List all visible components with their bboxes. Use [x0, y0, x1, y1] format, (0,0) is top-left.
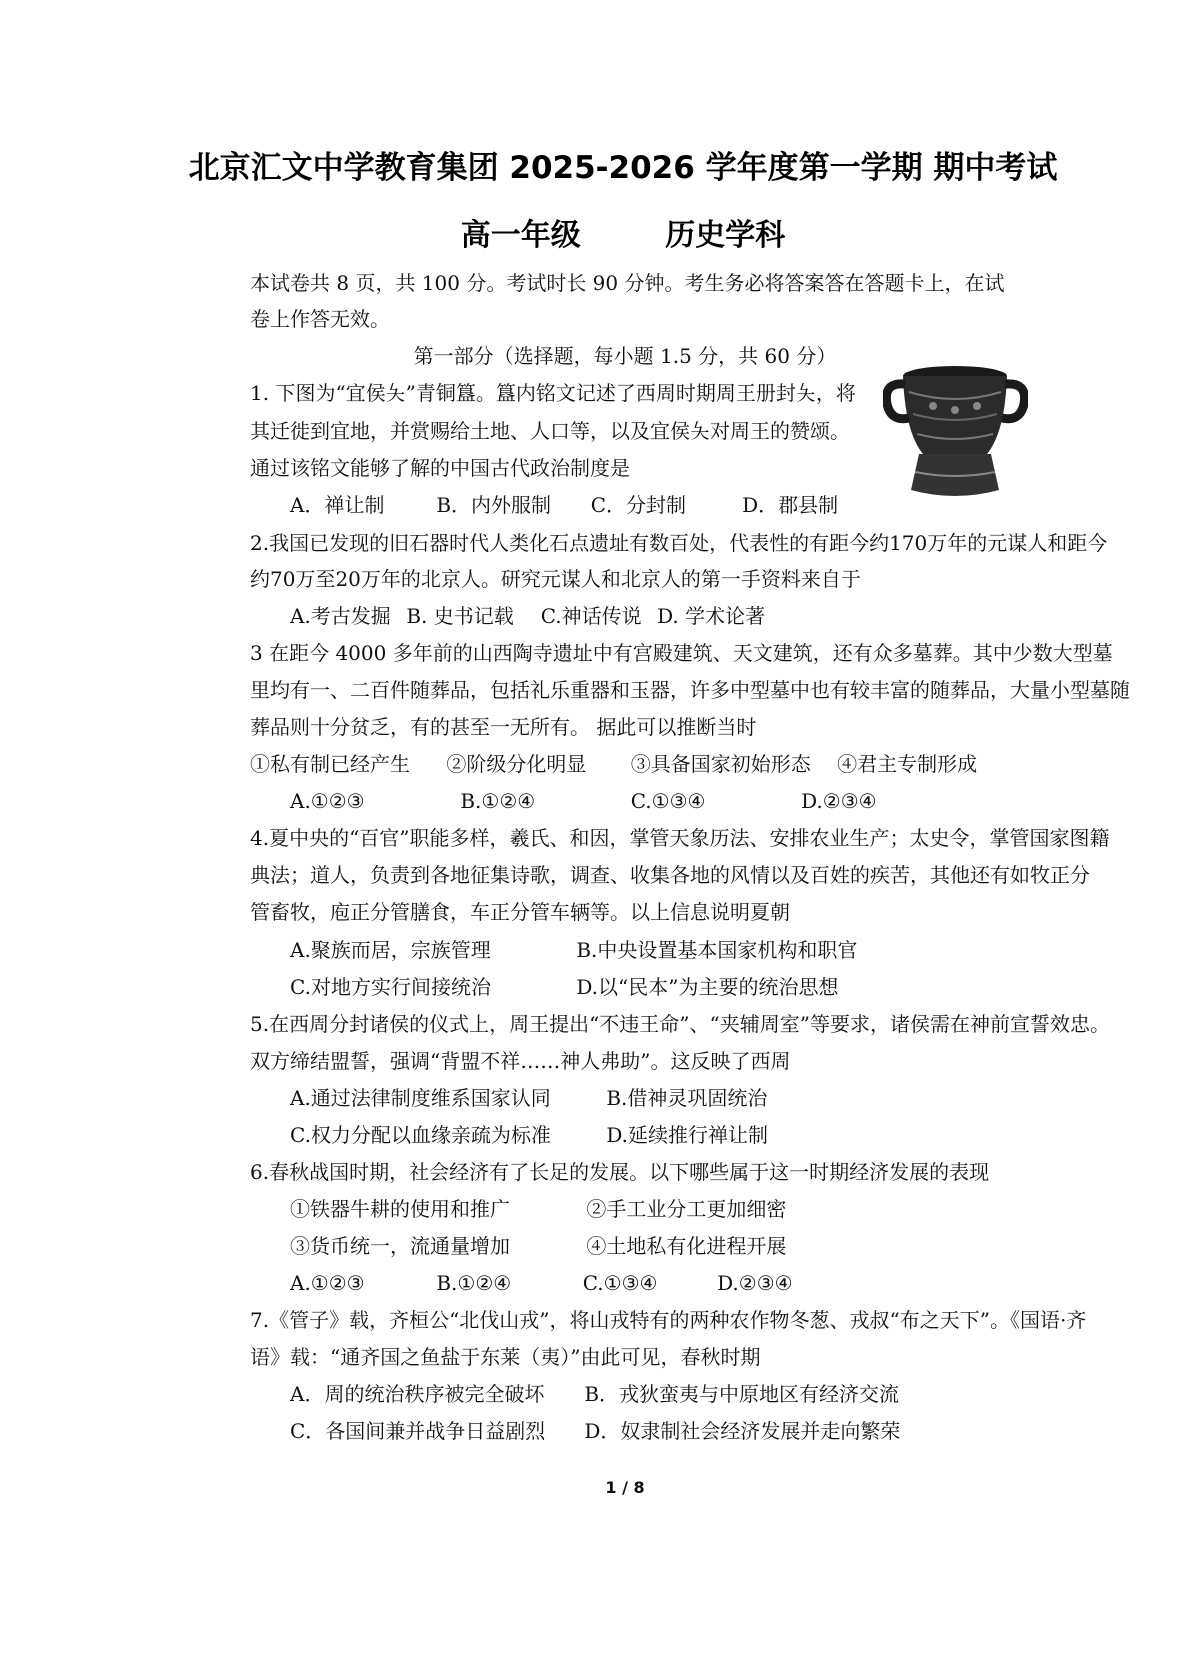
question-statements: ③货币统一，流通量增加 ④土地私有化进程开展	[290, 1233, 786, 1259]
question-stem-line: 6.春秋战国时期，社会经济有了长足的发展。以下哪些属于这一时期经济发展的表现	[250, 1159, 989, 1185]
question-stem-line: 约70万至20万年的北京人。研究元谋人和北京人的第一手资料来自于	[250, 566, 861, 592]
instructions-line-1: 本试卷共 8 页，共 100 分。考试时长 90 分钟。考生务必将答案答在答题卡…	[250, 270, 1005, 296]
question-options: A.聚族而居，宗族管理 B.中央设置基本国家机构和职官	[290, 937, 857, 963]
option-c[interactable]: C．各国间兼并战争日益剧烈	[290, 1418, 578, 1444]
question-stem-line: 葬品则十分贫乏，有的甚至一无所有。 据此可以推断当时	[250, 714, 756, 740]
exam-page: 北京汇文中学教育集团 2025-2026 学年度第一学期 期中考试 高一年级 历…	[0, 0, 1190, 1678]
option-b[interactable]: B．内外服制	[436, 492, 584, 518]
option-b[interactable]: B.①②④	[460, 788, 624, 814]
question-options: C．各国间兼并战争日益剧烈 D．奴隶制社会经济发展并走向繁荣	[290, 1418, 900, 1444]
grade-label: 高一年级	[461, 218, 581, 253]
option-c[interactable]: C.对地方实行间接统治	[290, 974, 570, 1000]
question-options: C.权力分配以血缘亲疏为标准 D.延续推行禅让制	[290, 1122, 768, 1148]
option-b[interactable]: B.借神灵巩固统治	[606, 1085, 767, 1111]
question-stem-line: 管畜牧，庖正分管膳食，车正分管车辆等。以上信息说明夏朝	[250, 899, 790, 925]
statement-3: ③货币统一，流通量增加	[290, 1233, 580, 1259]
option-d[interactable]: D.②③④	[717, 1270, 792, 1296]
question-options: A.①②③ B.①②④ C.①③④ D.②③④	[290, 788, 877, 814]
option-c[interactable]: C.①③④	[583, 1270, 711, 1296]
option-d[interactable]: D.延续推行禅让制	[606, 1122, 768, 1148]
option-a[interactable]: A.①②③	[290, 1270, 430, 1296]
option-a[interactable]: A．周的统治秩序被完全破坏	[290, 1381, 578, 1407]
option-d[interactable]: D.以“民本”为主要的统治思想	[576, 974, 838, 1000]
page-number: 1 / 8	[0, 1478, 1190, 1497]
option-b[interactable]: B.中央设置基本国家机构和职官	[576, 937, 857, 963]
option-a[interactable]: A.聚族而居，宗族管理	[290, 937, 570, 963]
question-stem-line: 里均有一、二百件随葬品，包括礼乐重器和玉器，许多中型墓中也有较丰富的随葬品，大量…	[250, 677, 1130, 703]
question-stem-line: 5.在西周分封诸侯的仪式上，周王提出“不违王命”、“夹辅周室”等要求，诸侯需在神…	[250, 1011, 1110, 1037]
question-options: A．周的统治秩序被完全破坏 B．戎狄蛮夷与中原地区有经济交流	[290, 1381, 899, 1407]
option-d[interactable]: D. 学术论著	[657, 603, 765, 629]
option-a[interactable]: A.通过法律制度维系国家认同	[290, 1085, 600, 1111]
question-options: A.通过法律制度维系国家认同 B.借神灵巩固统治	[290, 1085, 767, 1111]
statement-2: ②阶级分化明显	[446, 751, 624, 777]
option-c[interactable]: C.神话传说	[541, 603, 651, 629]
option-d[interactable]: D．郡县制	[742, 492, 838, 518]
question-statements: ①铁器牛耕的使用和推广 ②手工业分工更加细密	[290, 1196, 786, 1222]
question-stem-line: 通过该铭文能够了解的中国古代政治制度是	[250, 455, 630, 481]
question-stem-line: 7.《管子》载，齐桓公“北伐山戎”，将山戎特有的两种农作物冬葱、戎叔“布之天下”…	[250, 1307, 1086, 1333]
exam-subtitle: 高一年级 历史学科	[0, 210, 1190, 254]
question-options: A.考古发掘 B. 史书记载 C.神话传说 D. 学术论著	[290, 603, 765, 629]
question-stem-line: 语》载：“通齐国之鱼盐于东莱（夷）”由此可见，春秋时期	[250, 1344, 760, 1370]
statement-1: ①私有制已经产生	[250, 751, 440, 777]
statement-4: ④君主专制形成	[837, 751, 977, 777]
instructions-line-2: 卷上作答无效。	[250, 306, 390, 332]
statement-4: ④土地私有化进程开展	[586, 1233, 786, 1259]
statement-2: ②手工业分工更加细密	[586, 1196, 786, 1222]
question-stem-line: 3 在距今 4000 多年前的山西陶寺遗址中有宫殿建筑、天文建筑，还有众多墓葬。…	[250, 640, 1113, 666]
option-a[interactable]: A.①②③	[290, 788, 454, 814]
option-c[interactable]: C．分封制	[591, 492, 736, 518]
question-options: A.①②③ B.①②④ C.①③④ D.②③④	[290, 1270, 793, 1296]
question-options: C.对地方实行间接统治 D.以“民本”为主要的统治思想	[290, 974, 839, 1000]
option-d[interactable]: D.②③④	[801, 788, 876, 814]
option-a[interactable]: A.考古发掘	[290, 603, 400, 629]
question-stem-line: 其迁徙到宜地，并赏赐给土地、人口等，以及宜侯夨对周王的赞颂。	[250, 418, 850, 444]
question-stem-line: 4.夏中央的“百官”职能多样，羲氏、和因，掌管天象历法、安排农业生产；太史令，掌…	[250, 825, 1110, 851]
question-stem-line: 典法；道人，负责到各地征集诗歌，调查、收集各地的风情以及百姓的疾苦，其他还有如牧…	[250, 862, 1090, 888]
option-b[interactable]: B.①②④	[436, 1270, 576, 1296]
option-b[interactable]: B．戎狄蛮夷与中原地区有经济交流	[584, 1381, 899, 1407]
option-b[interactable]: B. 史书记载	[406, 603, 534, 629]
subject-label: 历史学科	[665, 218, 785, 253]
option-d[interactable]: D．奴隶制社会经济发展并走向繁荣	[584, 1418, 900, 1444]
statement-1: ①铁器牛耕的使用和推广	[290, 1196, 580, 1222]
question-stem-line: 1. 下图为“宜侯夨”青铜簋。簋内铭文记述了西周时期周王册封夨，将	[250, 380, 856, 406]
question-options: A．禅让制 B．内外服制 C．分封制 D．郡县制	[290, 492, 838, 518]
question-statements: ①私有制已经产生 ②阶级分化明显 ③具备国家初始形态 ④君主专制形成	[250, 751, 977, 777]
option-c[interactable]: C.权力分配以血缘亲疏为标准	[290, 1122, 600, 1148]
question-stem-line: 双方缔结盟誓，强调“背盟不祥……神人弗助”。这反映了西周	[250, 1048, 790, 1074]
statement-3: ③具备国家初始形态	[631, 751, 831, 777]
bronze-vessel-image	[883, 362, 1028, 502]
exam-title: 北京汇文中学教育集团 2025-2026 学年度第一学期 期中考试	[0, 142, 1190, 187]
question-stem-line: 2.我国已发现的旧石器时代人类化石点遗址有数百处，代表性的有距今约170万年的元…	[250, 530, 1107, 556]
option-c[interactable]: C.①③④	[631, 788, 795, 814]
option-a[interactable]: A．禅让制	[290, 492, 430, 518]
